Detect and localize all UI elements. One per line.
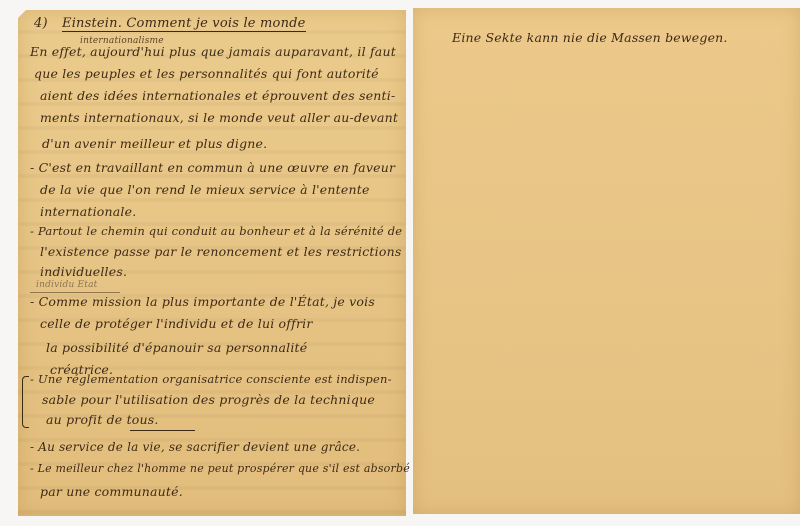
text-line: - Comme mission la plus importante de l'… [30,294,375,309]
text-line: au profit de tous. [46,412,159,427]
text-line: ments internationaux, si le monde veut a… [40,110,398,125]
text-line: internationale. [40,204,136,219]
text-line: l'existence passe par le renoncement et … [40,244,401,259]
text-line: individuelles. [40,264,127,279]
text-line: - Une réglementation organisatrice consc… [30,372,392,386]
text-line: de la vie que l'on rend le mieux service… [40,182,370,197]
margin-note: individu Etat [36,280,97,290]
text-line: - Partout le chemin qui conduit au bonhe… [30,224,402,238]
text-line: par une communauté. [40,484,183,499]
bracket-mark [22,376,29,428]
right-manuscript-page [413,8,800,514]
text-line: En effet, aujourd'hui plus que jamais au… [30,44,396,59]
text-line: - Au service de la vie, se sacrifier dev… [30,440,360,454]
page-number: 4) [34,16,48,31]
text-line: la possibilité d'épanouir sa personnalit… [46,340,307,355]
divider [30,292,120,293]
text-line: sable pour l'utilisation des progrès de … [42,392,375,407]
text-line: - C'est en travaillant en commun à une œ… [30,160,395,175]
text-line: Eine Sekte kann nie die Massen bewegen. [452,30,728,45]
page-title: Einstein. Comment je vois le monde [62,16,306,32]
text-line: que les peuples et les personnalités qui… [34,66,379,81]
text-line: aient des idées internationales et éprou… [40,88,395,103]
text-line: d'un avenir meilleur et plus digne. [42,136,267,151]
underline [130,430,195,431]
text-line: celle de protéger l'individu et de lui o… [40,316,313,331]
text-line: - Le meilleur chez l'homme ne peut prosp… [30,462,410,475]
